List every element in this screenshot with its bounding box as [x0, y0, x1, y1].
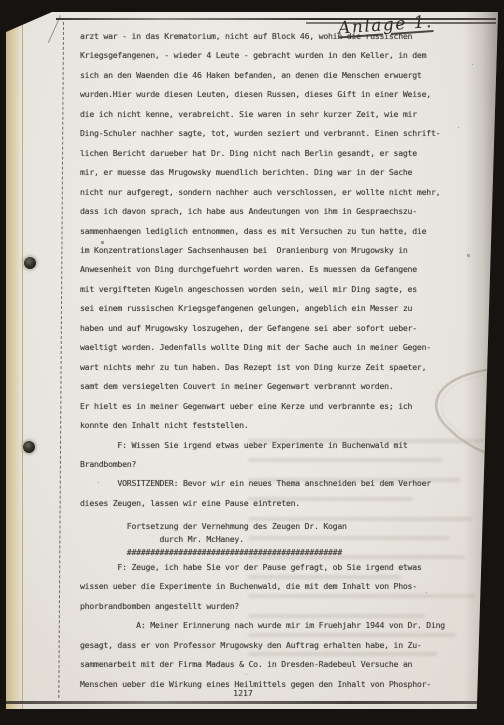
scanned-document-photo: { "annotation_handwritten": "Anlage 1.",…	[0, 0, 504, 725]
qa-text-block: F: Zeuge, ich habe Sie vor der Pause gef…	[80, 558, 484, 694]
text-line: F: Zeuge, ich habe Sie vor der Pause gef…	[80, 558, 484, 577]
text-line: phorbrandbomben angestellt wurden?	[80, 597, 484, 616]
text-line: Fortsetzung der Vernehmung des Zeugen Dr…	[80, 520, 484, 533]
binding-edge	[6, 12, 23, 709]
text-line: dass ich davon sprach, ich habe aus Ande…	[80, 202, 484, 221]
text-line: Ding-Schuler nachher sagte, tot, wurden …	[80, 124, 484, 143]
paper-specks	[6, 12, 7, 13]
pencil-mark	[48, 15, 61, 43]
text-line: A: Meiner Erinnerung nach wurde mir im F…	[80, 616, 484, 635]
text-line: Menschen ueber die Wirkung eines Heilmit…	[80, 675, 484, 694]
text-line: sammenarbeit mit der Firma Madaus & Co. …	[80, 655, 484, 674]
text-line: waeltigt worden. Jedenfalls wollte Ding …	[80, 338, 484, 357]
text-line: wissen ueber die Experimente in Buchenwa…	[80, 577, 484, 596]
text-line: dieses Zeugen, lassen wir eine Pause ein…	[80, 494, 484, 513]
punch-hole	[24, 257, 36, 269]
page-number: 1217	[206, 688, 280, 698]
text-line: durch Mr. McHaney.	[80, 533, 484, 546]
text-line: sei einem russischen Kriegsgefangenen ge…	[80, 299, 484, 318]
paper-crease	[420, 362, 504, 466]
text-line: Anwesenheit von Ding durchgefuehrt worde…	[80, 260, 484, 279]
text-line: mir, er muesse das Mrugowsky muendlich b…	[80, 163, 484, 182]
text-line: VORSITZENDER: Bevor wir ein neues Thema …	[80, 474, 484, 493]
torn-corner	[6, 12, 52, 32]
text-line: haben und auf Mrugowsky loszugehen, der …	[80, 319, 484, 338]
text-line: nicht nur aufgeregt, sondern nachher auc…	[80, 183, 484, 202]
text-line: im Konzentrationslager Sachsenhausen bei…	[80, 241, 484, 260]
photostat-left-edge-dashed-line	[58, 22, 64, 698]
photostat-bottom-edge-line	[6, 701, 498, 704]
text-line: gesagt, dass er von Professor Mrugowsky …	[80, 636, 484, 655]
session-heading-block: Fortsetzung der Vernehmung des Zeugen Dr…	[80, 520, 484, 559]
text-line: Kriegsgefangenen, - wieder 4 Leute - geb…	[80, 46, 484, 65]
punch-hole	[23, 441, 35, 453]
text-line: sammenhaengen lediglich entnommen, dass …	[80, 222, 484, 241]
text-line: lichen Bericht darueber hat Dr. Ding nic…	[80, 144, 484, 163]
document-page: arzt war - in das Krematorium, nicht auf…	[6, 12, 498, 709]
text-line: mit vergifteten Kugeln angeschossen word…	[80, 280, 484, 299]
text-line: wurden.Hier wurde diesen Leuten, diesen …	[80, 85, 484, 104]
text-line: die ich nicht kenne, verabreicht. Sie wa…	[80, 105, 484, 124]
text-line: sich an den Waenden die 46 Haken befande…	[80, 66, 484, 85]
